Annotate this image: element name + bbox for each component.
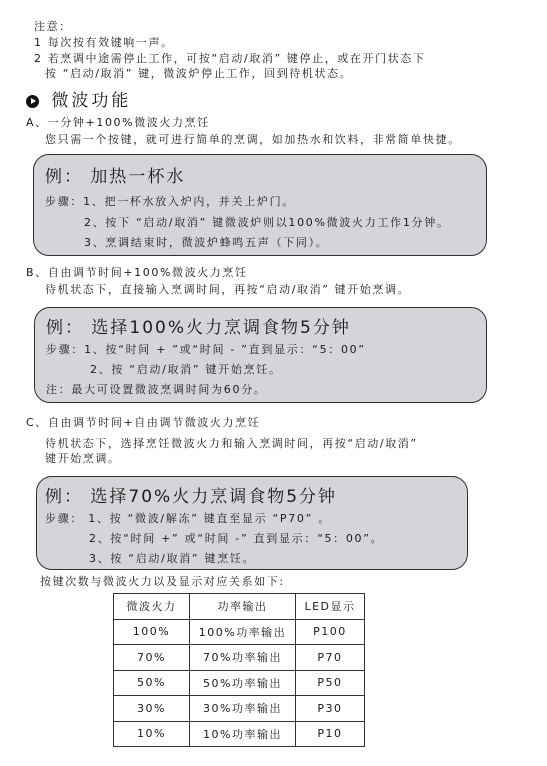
part-a-title: A、一分钟+100%微波火力烹饪 [26, 116, 210, 130]
cell-output: 10%功率输出 [190, 721, 296, 747]
part-b-title: B、自由调节时间+100%微波火力烹饪 [26, 266, 248, 280]
table-intro: 按键次数与微波火力以及显示对应关系如下: [40, 575, 285, 589]
example-a-step-2: 2、按下 “启动/取消” 键微波炉则以100%微波火力工作1分钟。 [84, 216, 450, 230]
part-c-desc-1: 待机状态下，选择烹饪微波火力和输入烹调时间，再按“启动/取消” [45, 437, 418, 451]
part-c-title: C、自由调节时间+自由调节微波火力烹饪 [26, 416, 260, 430]
example-box-a: 例： 加热一杯水 步骤：1、把一杯水放入炉内，并关上炉门。 2、按下 “启动/取… [33, 154, 487, 256]
example-c-step-2: 2、按“时间 +” 或“时间 -” 直到显示：“5：00”。 [89, 532, 383, 546]
power-level-table: 微波火力 功率输出 LED显示 100% 100%功率输出 P100 70% 7… [113, 593, 365, 747]
section-heading: 微波功能 [26, 91, 131, 111]
example-a-step-3: 3、烹调结束时，微波炉蜂鸣五声（下同）。 [84, 236, 329, 250]
cell-output: 30%功率输出 [190, 696, 296, 722]
cell-led: P30 [296, 696, 365, 722]
play-bullet-icon [26, 95, 39, 108]
header-cell-power: 微波火力 [114, 594, 190, 620]
header-cell-output: 功率输出 [190, 594, 296, 620]
note-title: 注意： [34, 20, 72, 34]
cell-led: P50 [296, 670, 365, 696]
table-header-row: 微波火力 功率输出 LED显示 [114, 594, 365, 620]
note-item-2: 2 若烹调中途需停止工作，可按“启动/取消” 键停止，或在开门状态下 [34, 52, 426, 66]
table-row: 10% 10%功率输出 P10 [114, 721, 365, 747]
table-row: 30% 30%功率输出 P30 [114, 696, 365, 722]
cell-power: 50% [114, 670, 190, 696]
cell-output: 50%功率输出 [190, 670, 296, 696]
table-row: 70% 70%功率输出 P70 [114, 645, 365, 671]
example-c-title: 例： 选择70%火力烹调食物5分钟 [45, 487, 337, 507]
part-c-desc-2: 键开始烹调。 [45, 452, 121, 466]
table-row: 100% 100%功率输出 P100 [114, 619, 365, 645]
example-box-c: 例： 选择70%火力烹调食物5分钟 步骤： 1、按 “微波/解冻” 键直至显示 … [36, 476, 468, 570]
part-a-desc: 您只需一个按键，就可进行简单的烹调，如加热水和饮料，非常简单快捷。 [45, 133, 461, 147]
cell-output: 100%功率输出 [190, 619, 296, 645]
cell-power: 70% [114, 645, 190, 671]
part-b-desc: 待机状态下，直接输入烹调时间，再按“启动/取消” 键开始烹调。 [45, 283, 410, 297]
example-a-step-1: 步骤：1、把一杯水放入炉内，并关上炉门。 [45, 195, 295, 209]
example-b-step-2: 2、按 “启动/取消” 键开始烹饪。 [90, 363, 282, 377]
cell-output: 70%功率输出 [190, 645, 296, 671]
example-a-title: 例： 加热一杯水 [45, 167, 185, 187]
example-b-note: 注：最大可设置微波烹调时间为60分。 [46, 383, 267, 397]
example-b-step-1: 步骤：1、按“时间 + ”或“时间 - ”直到显示：“5：00” [46, 343, 366, 357]
header-cell-led: LED显示 [296, 594, 365, 620]
cell-led: P100 [296, 619, 365, 645]
example-c-step-3: 3、按 “启动/取消” 键烹饪。 [89, 552, 255, 566]
note-item-1: 1 每次按有效键响一声。 [34, 36, 174, 50]
note-item-2-cont: 按 “启动/取消” 键，微波炉停止工作，回到待机状态。 [45, 67, 352, 81]
section-title: 微波功能 [51, 91, 131, 111]
cell-power: 100% [114, 619, 190, 645]
cell-led: P10 [296, 721, 365, 747]
example-box-b: 例： 选择100%火力烹调食物5分钟 步骤：1、按“时间 + ”或“时间 - ”… [34, 307, 487, 403]
cell-power: 30% [114, 696, 190, 722]
example-c-step-1: 步骤： 1、按 “微波/解冻” 键直至显示 “P70” 。 [45, 512, 331, 526]
table-row: 50% 50%功率输出 P50 [114, 670, 365, 696]
cell-power: 10% [114, 721, 190, 747]
example-b-title: 例： 选择100%火力烹调食物5分钟 [46, 318, 351, 338]
cell-led: P70 [296, 645, 365, 671]
